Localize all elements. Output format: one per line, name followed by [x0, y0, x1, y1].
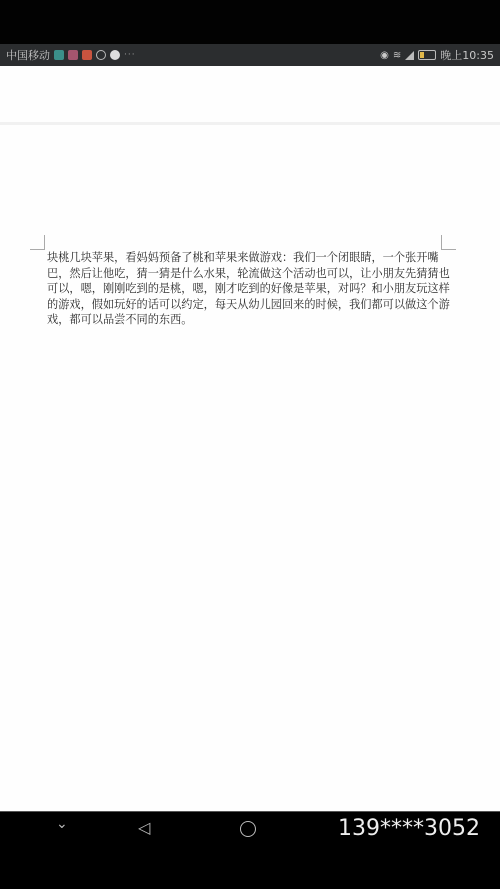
circle-app-icon	[96, 50, 106, 60]
navigation-bar: ⌄ ◁ 139****3052	[0, 811, 500, 889]
wifi-icon: ≋	[393, 50, 401, 61]
status-bar-right: ◉ ≋ 晚上10:35	[380, 47, 494, 63]
status-bar: 中国移动 ··· ◉ ≋ 晚上10:35	[0, 44, 500, 66]
app-icon-pink	[68, 50, 78, 60]
clock: 晚上10:35	[440, 47, 494, 63]
margin-mark-top-left	[30, 235, 45, 250]
back-button-icon[interactable]: ◁	[138, 818, 150, 837]
home-button-icon[interactable]	[240, 821, 256, 837]
collapse-chevron-icon[interactable]: ⌄	[56, 816, 68, 832]
carrier-label: 中国移动	[6, 47, 50, 63]
top-black-bar	[0, 0, 500, 44]
document-header-area	[0, 66, 500, 125]
phone-watermark: 139****3052	[338, 816, 480, 841]
app-icon-red	[82, 50, 92, 60]
battery-icon	[418, 50, 436, 60]
eye-icon: ◉	[380, 50, 389, 61]
more-notifications-icon: ···	[124, 50, 136, 60]
document-page[interactable]: 块桃几块苹果，看妈妈预备了桃和苹果来做游戏：我们一个闭眼睛，一个张开嘴巴，然后让…	[0, 125, 500, 811]
document-viewer[interactable]: 块桃几块苹果，看妈妈预备了桃和苹果来做游戏：我们一个闭眼睛，一个张开嘴巴，然后让…	[0, 66, 500, 811]
status-bar-left: 中国移动 ···	[6, 47, 136, 63]
gallery-icon	[54, 50, 64, 60]
signal-icon	[405, 51, 414, 60]
document-body-text: 块桃几块苹果，看妈妈预备了桃和苹果来做游戏：我们一个闭眼睛，一个张开嘴巴，然后让…	[47, 250, 457, 328]
margin-mark-top-right	[441, 235, 456, 250]
chat-bubble-icon	[110, 50, 120, 60]
